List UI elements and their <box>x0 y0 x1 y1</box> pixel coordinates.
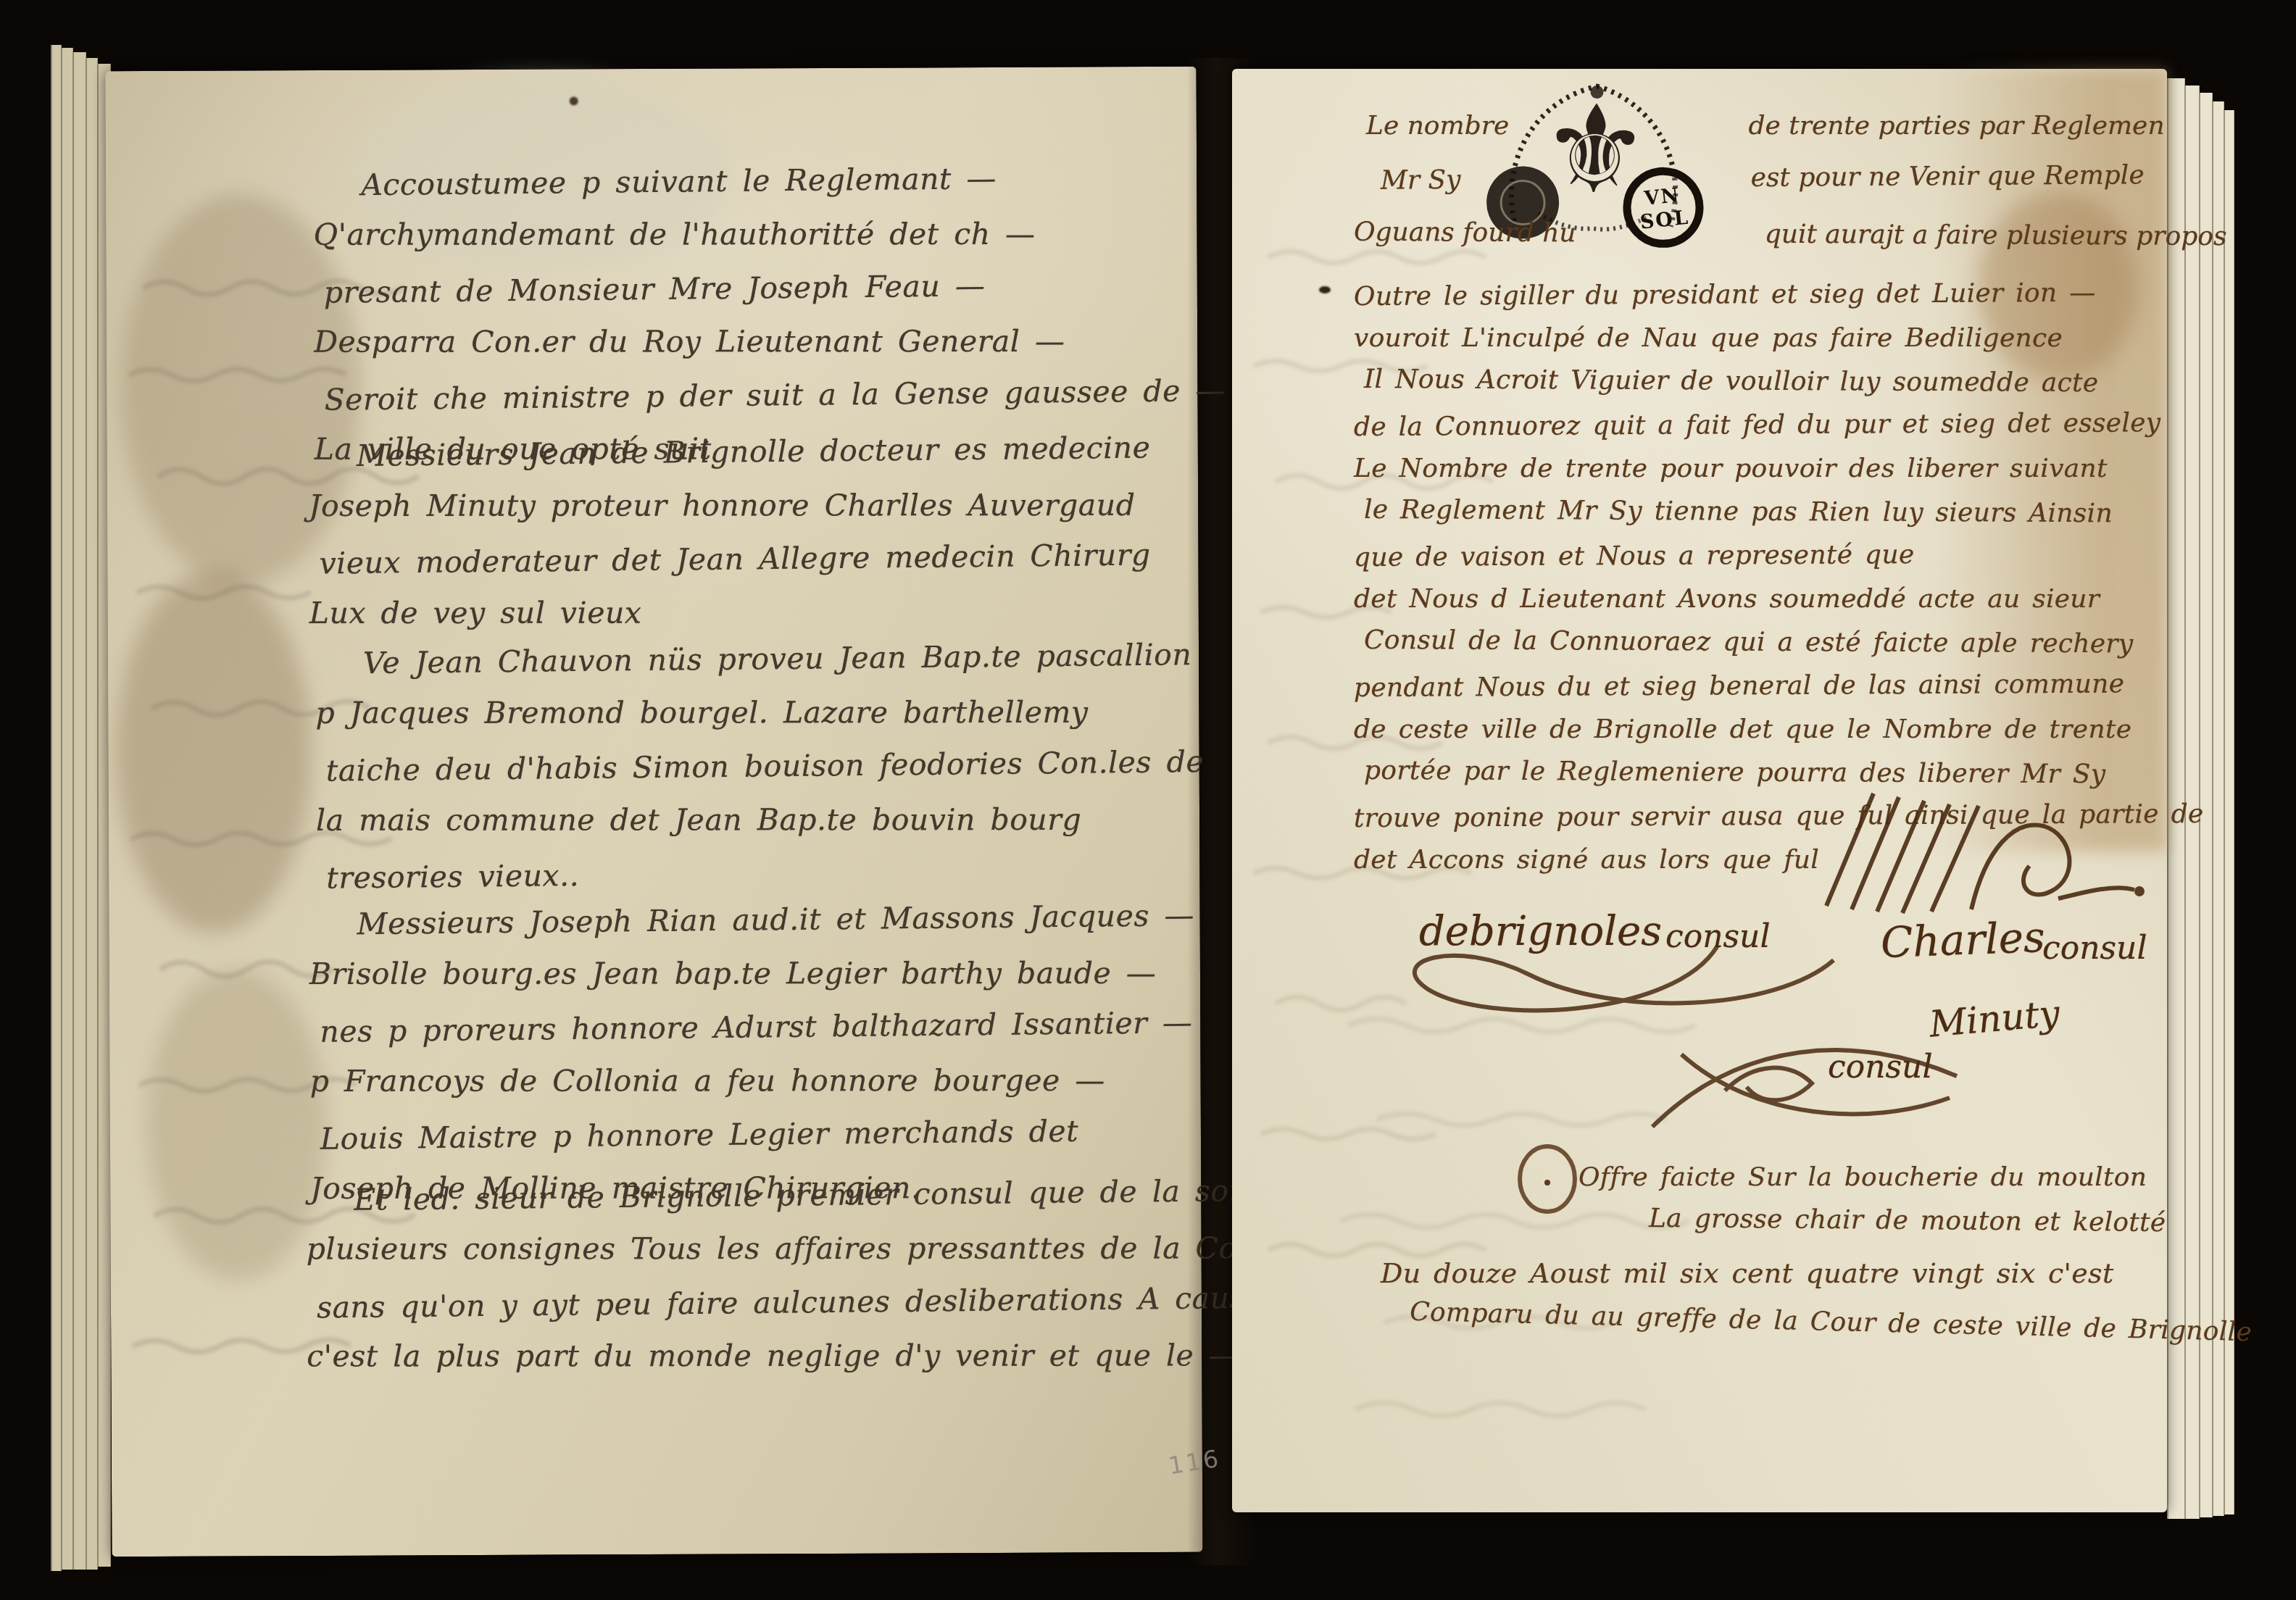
left-paragraph: Ve Jean Chauvon nüs proveu Jean Bap.te p… <box>325 630 1205 902</box>
manuscript-line-fragment: Mr Sy <box>1381 165 1461 196</box>
manuscript-line: det Nous d Lieutenant Avons soumeddé act… <box>1354 578 2204 621</box>
manuscript-line: Joseph Minuty proteur honnore Charlles A… <box>309 478 1151 533</box>
closing-line: Comparu du au greffe de la Cour de ceste… <box>1409 1291 2252 1354</box>
page-edge <box>72 52 86 1570</box>
ink-spot <box>1319 286 1331 293</box>
manuscript-line-fragment: est pour ne Venir que Remple <box>1751 160 2145 193</box>
manuscript-line: p Jacques Bremond bourgel. Lazare barthe… <box>315 686 1203 740</box>
manuscript-line: Q'archymandemant de l'hauthoritté det ch… <box>313 207 1225 262</box>
ink-spot <box>570 96 578 105</box>
manuscript-line: Le Nombre de trente pour pouvoir des lib… <box>1354 447 2204 491</box>
manuscript-line: le Reglement Mr Sy tienne pas Rien luy s… <box>1364 488 2204 536</box>
manuscript-line: Brisolle bourg.es Jean bap.te Legier bar… <box>309 946 1194 1001</box>
manuscript-line-fragment: de trente parties par Reglemen <box>1748 111 2164 141</box>
left-paragraph: Messieurs Jean de Brignolle docteur es m… <box>319 423 1152 641</box>
water-stain <box>115 570 312 933</box>
page-edge <box>86 58 98 1570</box>
manuscript-line-fragment: quit aurajt a faire plusieurs propos <box>1765 220 2227 251</box>
manuscript-line: Messieurs Jean de Brignolle docteur es m… <box>318 421 1150 483</box>
manuscript-line-fragment: Le nombre <box>1366 111 1509 141</box>
manuscript-line: Desparra Con.er du Roy Lieutenant Genera… <box>314 314 1226 369</box>
manuscript-line: la mais commune det Jean Bap.te bouvin b… <box>316 793 1204 847</box>
page-edge <box>2224 110 2234 1514</box>
manuscript-split-line: Le nombre de trente parties par Reglemen <box>1366 111 2165 141</box>
scanned-book-spread: Accoustumee p suivant le Reglemant —Q'ar… <box>0 0 2296 1600</box>
manuscript-line: Ve Jean Chauvon nüs proveu Jean Bap.te p… <box>325 628 1204 691</box>
manuscript-line-fragment: Oguans fourd hu <box>1354 217 1576 249</box>
page-edge <box>2212 101 2224 1516</box>
manuscript-line: vouroit L'inculpé de Nau que pas faire B… <box>1354 317 2204 360</box>
manuscript-line: taiche deu d'habis Simon bouison feodori… <box>325 735 1204 798</box>
left-page: Accoustumee p suivant le Reglemant —Q'ar… <box>106 67 1203 1557</box>
signature-flourish <box>1638 1011 1971 1149</box>
manuscript-split-line: Oguans fourd hu quit aurajt a faire plus… <box>1354 217 2227 251</box>
manuscript-line: que de vaison et Nous a representé que <box>1354 532 2204 580</box>
manuscript-line: Seroit che ministre p der suit a la Gens… <box>324 364 1226 427</box>
closing-line: La grosse chair de mouton et kelotté <box>1649 1197 2166 1245</box>
manuscript-line: nes p proreurs honnore Adurst balthazard… <box>320 996 1195 1059</box>
signature-flourish <box>1805 783 2152 920</box>
manuscript-line: Consul de la Connuoraez qui a esté faict… <box>1364 619 2204 667</box>
signature-charles: Charles <box>1880 912 2046 967</box>
manuscript-line: p Francoys de Collonia a feu honnore bou… <box>310 1054 1195 1108</box>
signature-charles-title: consul <box>2042 930 2147 967</box>
manuscript-split-line: Mr Sy est pour ne Venir que Remple <box>1381 160 2145 195</box>
manuscript-line: pendant Nous du et sieg beneral de las a… <box>1354 662 2204 710</box>
manuscript-line: de la Connuorez quit a fait fed du pur e… <box>1354 401 2204 449</box>
flourish-circle <box>1515 1143 1580 1215</box>
manuscript-line: Louis Maistre p honnore Legier merchands… <box>320 1103 1196 1166</box>
manuscript-line: vieux moderateur det Jean Allegre medeci… <box>319 528 1151 591</box>
page-edge <box>61 48 73 1570</box>
manuscript-line: Messieurs Joseph Rian aud.it et Massons … <box>319 888 1194 951</box>
manuscript-line: de ceste ville de Brignolle det que le N… <box>1354 708 2204 751</box>
manuscript-line: presant de Monsieur Mre Joseph Feau — <box>323 257 1225 320</box>
manuscript-line: Outre le sigiller du presidant et sieg d… <box>1354 271 2204 319</box>
closing-line: Du douze Aoust mil six cent quatre vingt… <box>1381 1251 2113 1295</box>
water-stain <box>146 969 328 1281</box>
page-edge <box>51 45 62 1571</box>
manuscript-line: Accoustumee p suivant le Reglemant — <box>323 149 1225 212</box>
closing-line: Offre faicte Sur la boucherie du moulton <box>1578 1156 2147 1199</box>
right-page: ⚜ VN SOL Le nombre de trente parties par… <box>1232 69 2167 1512</box>
manuscript-line: Il Nous Acroit Viguier de voulloir luy s… <box>1364 358 2204 406</box>
